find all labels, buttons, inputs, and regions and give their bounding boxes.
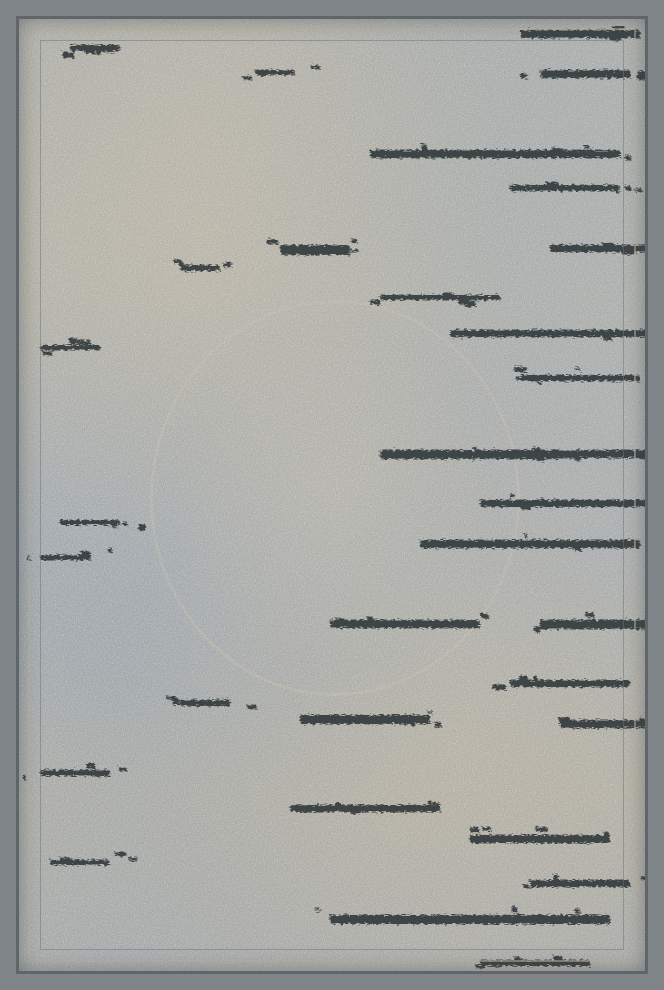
streak-fragment [603, 336, 611, 340]
streak-fragment [586, 612, 595, 617]
streak-fragment [476, 965, 485, 969]
streak-fragment [108, 547, 112, 553]
streak-fragment [538, 382, 542, 385]
streak-fragment [514, 367, 526, 372]
streak-fragment [166, 696, 177, 699]
streak-fragment [513, 451, 524, 454]
streak-fragment [328, 251, 339, 255]
streak-fragment [616, 188, 619, 194]
streak-fragment [494, 965, 499, 967]
streak-fragment [96, 50, 101, 55]
streak-fragment [225, 262, 231, 267]
streak-fragment [636, 455, 645, 459]
streak-fragment [639, 718, 644, 722]
streak-fragment [552, 148, 562, 150]
streak-fragment [63, 52, 74, 57]
streak-fragment [634, 188, 642, 192]
streak-fragment [225, 699, 230, 702]
dark-streak [450, 330, 650, 337]
dark-streak [540, 70, 630, 78]
dark-streak [180, 265, 220, 271]
streak-fragment [535, 827, 548, 831]
streak-fragment [422, 144, 427, 150]
streak-fragment [481, 613, 489, 618]
streak-fragment [552, 500, 564, 504]
streak-fragment [60, 858, 70, 862]
streak-fragment [553, 956, 562, 961]
streak-fragment [558, 717, 569, 722]
streak-fragment [270, 70, 277, 74]
streak-fragment [521, 504, 531, 509]
streak-fragment [78, 340, 90, 345]
streak-fragment [604, 832, 609, 836]
streak-fragment [584, 620, 595, 624]
dark-streak [510, 680, 630, 687]
streak-fragment [562, 881, 574, 887]
streak-fragment [260, 71, 267, 76]
streak-fragment [650, 242, 656, 246]
streak-fragment [576, 368, 580, 371]
streak-fragment [367, 616, 374, 621]
streak-fragment [537, 456, 545, 461]
dark-streak [300, 715, 430, 724]
streak-fragment [352, 239, 357, 243]
streak-fragment [520, 73, 526, 78]
dark-streak [550, 245, 650, 252]
streak-fragment [42, 351, 52, 355]
streak-fragment [346, 249, 358, 251]
streak-fragment [243, 76, 253, 80]
streak-fragment [112, 524, 118, 527]
streak-fragment [427, 710, 433, 713]
streak-fragment [459, 299, 469, 305]
dark-streak [280, 245, 350, 255]
streak-fragment [553, 875, 558, 880]
streak-fragment [516, 377, 525, 379]
streak-fragment [492, 684, 499, 689]
streak-fragment [434, 722, 441, 727]
streak-fragment [625, 186, 631, 190]
dark-streak [470, 835, 610, 843]
dark-streak [60, 520, 120, 525]
dark-streak [370, 150, 620, 158]
streak-fragment [335, 803, 344, 808]
streak-fragment [247, 705, 256, 709]
dark-streak [480, 500, 650, 507]
streak-fragment [86, 763, 95, 768]
streak-fragment [509, 494, 514, 497]
streak-fragment [471, 827, 479, 833]
streak-fragment [94, 774, 99, 777]
dark-streak [520, 375, 640, 381]
dark-streak [510, 185, 620, 191]
streak-fragment [351, 808, 360, 814]
dark-streak [330, 915, 610, 924]
streak-fragment [533, 448, 541, 451]
streak-fragment [473, 447, 476, 451]
streak-fragment [627, 545, 638, 548]
streak-fragment [584, 145, 589, 148]
streak-fragment [69, 337, 74, 343]
streak-fragment [512, 907, 518, 913]
streak-fragment [575, 909, 580, 914]
rug-texture [0, 0, 664, 990]
streak-fragment [123, 521, 127, 526]
dark-streak [550, 450, 650, 458]
dark-streak [290, 805, 440, 812]
streak-fragment [72, 859, 84, 863]
streak-fragment [129, 857, 138, 860]
streak-fragment [592, 331, 605, 334]
dark-streak [40, 770, 110, 776]
dark-streak [380, 450, 560, 459]
streak-fragment [640, 331, 651, 336]
streak-fragment [482, 827, 491, 831]
streak-fragment [650, 452, 658, 457]
dark-streak [40, 345, 100, 350]
streak-fragment [101, 47, 113, 52]
streak-fragment [610, 35, 620, 40]
streak-fragment [119, 768, 127, 772]
streak-fragment [294, 806, 301, 811]
streak-fragment [637, 71, 649, 77]
streak-fragment [622, 252, 634, 255]
streak-fragment [519, 676, 528, 681]
dark-streak [380, 295, 500, 300]
streak-fragment [602, 243, 614, 248]
streak-fragment [442, 292, 452, 296]
rug-photo [0, 0, 664, 990]
streak-fragment [85, 50, 95, 54]
streak-fragment [78, 554, 91, 560]
dark-streak [530, 880, 630, 887]
streak-fragment [27, 556, 31, 561]
streak-fragment [336, 618, 345, 623]
streak-fragment [546, 182, 559, 187]
streak-fragment [541, 498, 545, 504]
streak-fragment [640, 877, 647, 880]
streak-fragment [650, 329, 656, 334]
streak-fragment [534, 627, 541, 632]
streak-fragment [523, 884, 531, 888]
streak-fragment [545, 31, 554, 36]
streak-fragment [179, 262, 183, 265]
streak-fragment [405, 919, 416, 924]
dark-streak [520, 30, 640, 38]
streak-fragment [604, 619, 614, 623]
streak-fragment [172, 699, 179, 705]
streak-fragment [428, 802, 439, 805]
streak-fragment [514, 957, 521, 961]
dark-streak [180, 700, 230, 706]
streak-fragment [624, 720, 631, 725]
streak-fragment [525, 30, 528, 34]
dark-streak [420, 540, 640, 548]
streak-fragment [524, 534, 527, 538]
streak-fragment [621, 544, 629, 547]
streak-fragment [329, 717, 341, 719]
dark-streak [560, 720, 650, 728]
streak-fragment [314, 908, 321, 911]
streak-fragment [115, 852, 126, 856]
streak-fragment [612, 26, 624, 29]
streak-fragment [574, 545, 581, 551]
streak-fragment [534, 676, 538, 680]
streak-fragment [139, 524, 145, 529]
streak-fragment [369, 300, 380, 305]
streak-fragment [23, 775, 26, 779]
streak-fragment [266, 239, 277, 244]
streak-fragment [625, 155, 630, 161]
streak-fragment [381, 620, 388, 623]
streak-fragment [311, 65, 320, 69]
dark-streak [330, 620, 480, 628]
streak-fragment [411, 722, 415, 726]
